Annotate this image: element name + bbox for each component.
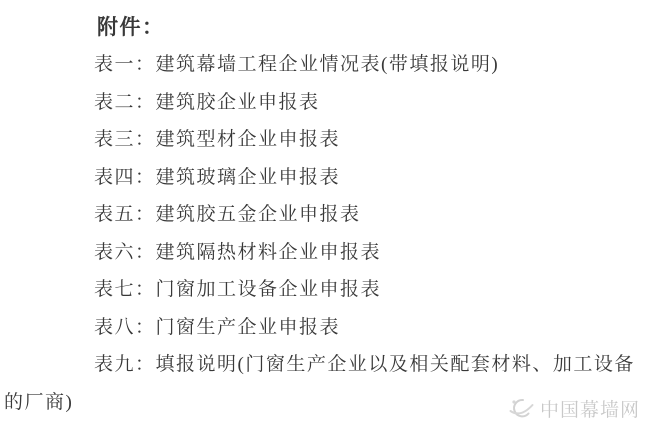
attachment-entry-1: 表一：建筑幕墙工程企业情况表(带填报说明) <box>0 46 650 84</box>
watermark: 中国幕墙网 <box>508 395 640 422</box>
attachment-entry-2: 表二：建筑胶企业申报表 <box>0 84 650 122</box>
attachments-heading: 附件： <box>0 8 650 46</box>
globe-swoosh-icon <box>508 396 535 421</box>
watermark-label: 中国幕墙网 <box>540 395 640 422</box>
document-page: 附件： 表一：建筑幕墙工程企业情况表(带填报说明) 表二：建筑胶企业申报表 表三… <box>0 0 650 432</box>
attachment-entry-4: 表四：建筑玻璃企业申报表 <box>0 159 650 197</box>
attachment-entry-7: 表七：门窗加工设备企业申报表 <box>0 271 650 309</box>
attachment-entry-8: 表八：门窗生产企业申报表 <box>0 309 650 347</box>
attachment-entry-3: 表三：建筑型材企业申报表 <box>0 121 650 159</box>
attachment-list: 附件： 表一：建筑幕墙工程企业情况表(带填报说明) 表二：建筑胶企业申报表 表三… <box>0 0 650 421</box>
attachment-entry-5: 表五：建筑胶五金企业申报表 <box>0 196 650 234</box>
attachment-entry-6: 表六：建筑隔热材料企业申报表 <box>0 234 650 272</box>
attachment-entry-9: 表九：填报说明(门窗生产企业以及相关配套材料、加工设备 <box>0 346 650 384</box>
